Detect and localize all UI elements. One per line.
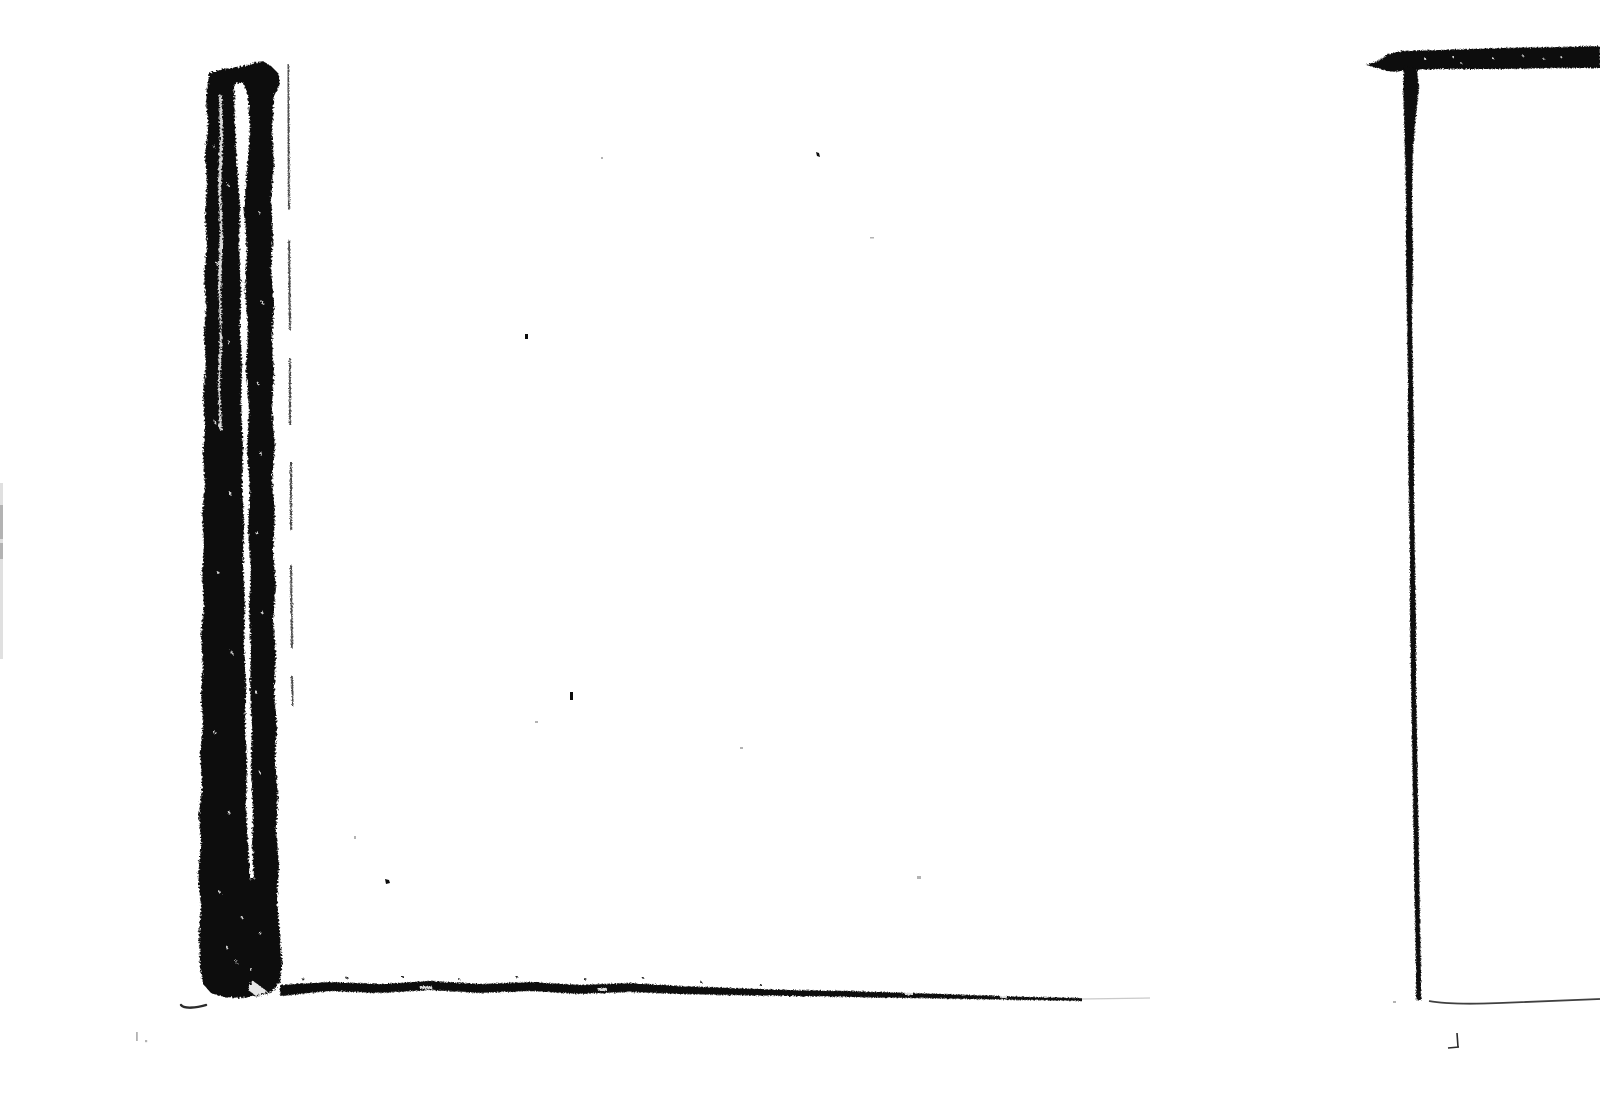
left-page-ink bbox=[181, 61, 1150, 1008]
bottom-left-tiny-dot bbox=[145, 1040, 147, 1042]
scanner-left-edge-artifact bbox=[0, 483, 3, 659]
bottom-right-corner-mark bbox=[1448, 1033, 1459, 1048]
left-page-gutter-bar bbox=[198, 61, 282, 998]
bottom-left-pen-dash bbox=[181, 1005, 206, 1008]
faint-speck bbox=[535, 721, 538, 723]
faint-speck bbox=[917, 876, 921, 879]
left-page-bottom-edge-line bbox=[280, 976, 1082, 1001]
dark-ink-specks bbox=[385, 152, 820, 884]
scan-canvas bbox=[0, 0, 1600, 1118]
scanned-page-spread bbox=[0, 0, 1600, 1118]
ink-speck bbox=[816, 152, 820, 157]
bottom-edge-body bbox=[280, 981, 1082, 1001]
left-page-inner-margin-line bbox=[288, 64, 293, 706]
faint-speck bbox=[354, 836, 356, 839]
edge-artifact-dark-segment bbox=[0, 505, 3, 539]
right-page-bottom-hairline bbox=[1429, 999, 1600, 1004]
ink-speck bbox=[385, 879, 390, 884]
faint-speck bbox=[1393, 1001, 1396, 1003]
ink-speck bbox=[570, 692, 573, 700]
right-page-ink bbox=[1366, 46, 1600, 1048]
faint-speck bbox=[870, 237, 874, 239]
faint-speck bbox=[740, 747, 743, 749]
right-page-spine-line bbox=[1403, 66, 1421, 1000]
bottom-left-tiny-tick bbox=[136, 1032, 138, 1041]
bottom-edge-faint-tail bbox=[1082, 998, 1150, 999]
right-page-top-edge-bar bbox=[1366, 46, 1600, 72]
faint-ink-specks bbox=[136, 157, 1396, 1042]
top-edge-body bbox=[1366, 46, 1600, 72]
ink-speck bbox=[525, 334, 528, 339]
edge-artifact-dark-segment bbox=[0, 543, 3, 559]
faint-speck bbox=[601, 157, 603, 159]
